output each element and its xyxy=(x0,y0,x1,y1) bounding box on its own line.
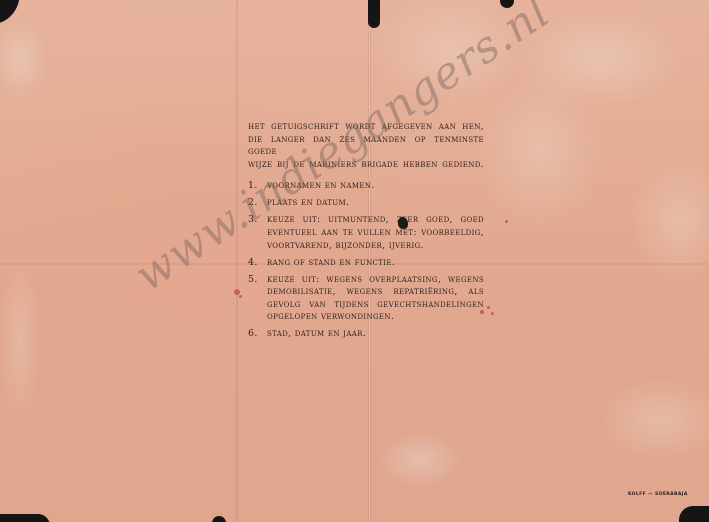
stain-spot xyxy=(505,220,508,223)
list-item-number: 5. xyxy=(248,274,258,287)
list-item-text: plaats en datum. xyxy=(267,197,349,208)
instruction-list: 1. voornamen en namen. 2. plaats en datu… xyxy=(248,180,484,340)
torn-edge-bottom-right xyxy=(679,506,709,522)
list-item: 6. stad, datum en jaar. xyxy=(248,328,484,341)
list-item-text: stad, datum en jaar. xyxy=(267,328,366,339)
stain-spot xyxy=(491,312,494,315)
document-body: het getuigschrift wordt afgegeven aan he… xyxy=(248,121,484,345)
scanned-document-page: het getuigschrift wordt afgegeven aan he… xyxy=(0,0,709,522)
intro-line: wijze bij de mariniers brigade hebben ge… xyxy=(248,159,484,172)
fold-line-left xyxy=(236,0,238,522)
list-item: 2. plaats en datum. xyxy=(248,197,484,210)
intro-line: die langer dan zes maanden op tenminste … xyxy=(248,134,484,159)
stain-spot xyxy=(239,295,242,298)
printer-imprint: KOLFF — SOERABAJA xyxy=(628,492,688,497)
stain-spot xyxy=(487,306,490,309)
torn-edge-top-center xyxy=(368,0,380,28)
list-item-number: 2. xyxy=(248,197,258,210)
intro-paragraph: het getuigschrift wordt afgegeven aan he… xyxy=(248,121,484,171)
list-item: 4. rang of stand en functie. xyxy=(248,257,484,270)
torn-edge-bottom-left xyxy=(0,514,50,522)
list-item: 3. keuze uit: uitmuntend, zeer goed, goe… xyxy=(248,214,484,252)
torn-edge-top-right xyxy=(500,0,514,8)
intro-line: het getuigschrift wordt afgegeven aan he… xyxy=(248,121,484,134)
list-item-text: voornamen en namen. xyxy=(267,180,375,191)
list-item-text: rang of stand en functie. xyxy=(267,257,395,268)
list-item-number: 1. xyxy=(248,180,258,193)
list-item-number: 4. xyxy=(248,257,258,270)
list-item-text: keuze uit: uitmuntend, zeer goed, goed e… xyxy=(267,214,484,250)
list-item-number: 3. xyxy=(248,214,258,227)
torn-corner-top-left xyxy=(0,0,24,25)
list-item: 1. voornamen en namen. xyxy=(248,180,484,193)
list-item: 5. keuze uit: wegens overplaatsing, wege… xyxy=(248,274,484,324)
torn-edge-bottom-middle xyxy=(212,516,226,522)
list-item-number: 6. xyxy=(248,328,258,341)
list-item-text: keuze uit: wegens overplaatsing, wegens … xyxy=(267,274,484,323)
